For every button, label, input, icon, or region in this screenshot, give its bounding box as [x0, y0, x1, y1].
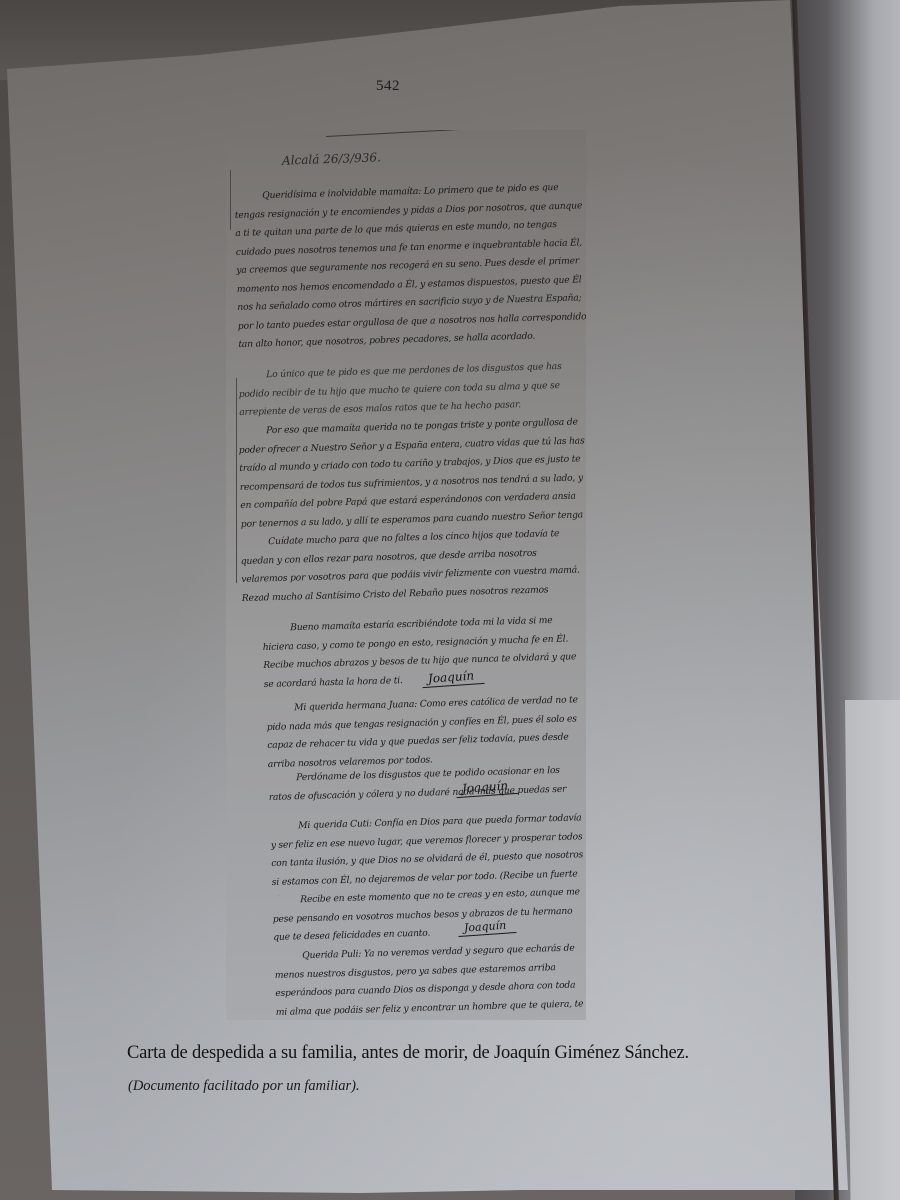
- handwritten-letter-scan: Alcalá 26/3/936. Queridísima e inolvidab…: [226, 130, 586, 1020]
- adjacent-page-edge: [845, 700, 900, 1200]
- letter-paragraph-cuti-2: Recibe en este momento que no te creas y…: [272, 883, 585, 948]
- margin-mark: [230, 170, 231, 230]
- letter-header-rule: [326, 130, 566, 137]
- figure-caption: Carta de despedida a su familia, antes d…: [127, 1043, 689, 1064]
- letter-paragraph-mother-1: Queridísima e inolvidable mamaíta: Lo pr…: [234, 178, 586, 358]
- margin-mark: [236, 378, 237, 583]
- figure-caption-note: (Documento facilitado por un familiar).: [128, 1078, 360, 1095]
- letter-place-date: Alcalá 26/3/936.: [282, 150, 381, 167]
- letter-paragraph-mother-4: Cuídate mucho para que no faltes a los c…: [240, 524, 586, 610]
- letter-paragraph-mother-3: Por eso que mamaíta querida no te pongas…: [238, 413, 586, 535]
- letter-paragraph-puli: Querida Puli: Ya no veremos verdad y seg…: [274, 939, 586, 1020]
- page-number: 542: [376, 78, 400, 95]
- letter-paragraph-juana-2: Perdóname de los disgustos que te podido…: [268, 761, 585, 810]
- letter-paragraph-cuti-1: Mi querida Cuti: Confía en Dios para que…: [270, 809, 586, 896]
- letter-paragraph-mother-2: Lo único que te pido es que me perdones …: [238, 357, 585, 421]
